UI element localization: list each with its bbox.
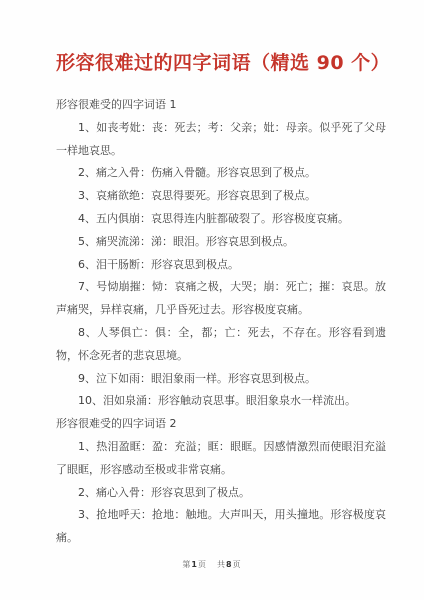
list-item: 9、泣下如雨：眼泪象雨一样。形容哀思到极点。 — [56, 368, 386, 391]
list-item: 10、泪如泉涌：形容触动哀思事。眼泪象泉水一样流出。 — [56, 390, 386, 413]
list-item: 5、痛哭流涕：涕：眼泪。形容哀思到极点。 — [56, 231, 386, 254]
total-pages-number: 8 — [226, 560, 233, 569]
list-item: 7、号恸崩摧：恸：哀痛之极，大哭；崩：死亡；摧：哀思。放声痛哭，异样哀痛，几乎昏… — [56, 276, 386, 322]
list-item: 3、哀痛欲绝：哀思得要死。形容哀思到了极点。 — [56, 185, 386, 208]
page-number-unit: 页 — [198, 560, 207, 569]
list-item: 3、抢地呼天：抢地：触地。大声叫天，用头撞地。形容极度哀痛。 — [56, 504, 386, 550]
total-pages-prefix: 共 — [217, 560, 226, 569]
list-item: 6、泪干肠断：形容哀思到极点。 — [56, 254, 386, 277]
list-item: 2、痛心入骨：形容哀思到了极点。 — [56, 482, 386, 505]
total-pages-unit: 页 — [233, 560, 242, 569]
list-item: 1、热泪盈眶：盈：充溢；眶：眼眶。因感情激烈而使眼泪充溢了眼眶，形容感动至极或非… — [56, 436, 386, 482]
list-item: 2、痛之入骨：伤痛入骨髓。形容哀思到了极点。 — [56, 162, 386, 185]
section-heading-2: 形容很难受的四字词语 2 — [56, 413, 386, 436]
page-title: 形容很难过的四字词语（精选 90 个） — [56, 50, 386, 77]
list-item: 4、五内俱崩：哀思得连内脏都破裂了。形容极度哀痛。 — [56, 208, 386, 231]
document-page: 形容很难过的四字词语（精选 90 个） 形容很难受的四字词语 1 1、如丧考妣：… — [0, 0, 424, 600]
section-heading-1: 形容很难受的四字词语 1 — [56, 94, 386, 117]
page-number: 1 — [191, 560, 198, 569]
list-item: 1、如丧考妣：丧：死去；考：父亲；妣：母亲。似乎死了父母一样地哀思。 — [56, 117, 386, 163]
list-item: 8、人琴俱亡：俱：全，都；亡：死去，不存在。形容看到遗物，怀念死者的悲哀思境。 — [56, 322, 386, 368]
page-footer: 第1页共8页 — [0, 559, 424, 570]
